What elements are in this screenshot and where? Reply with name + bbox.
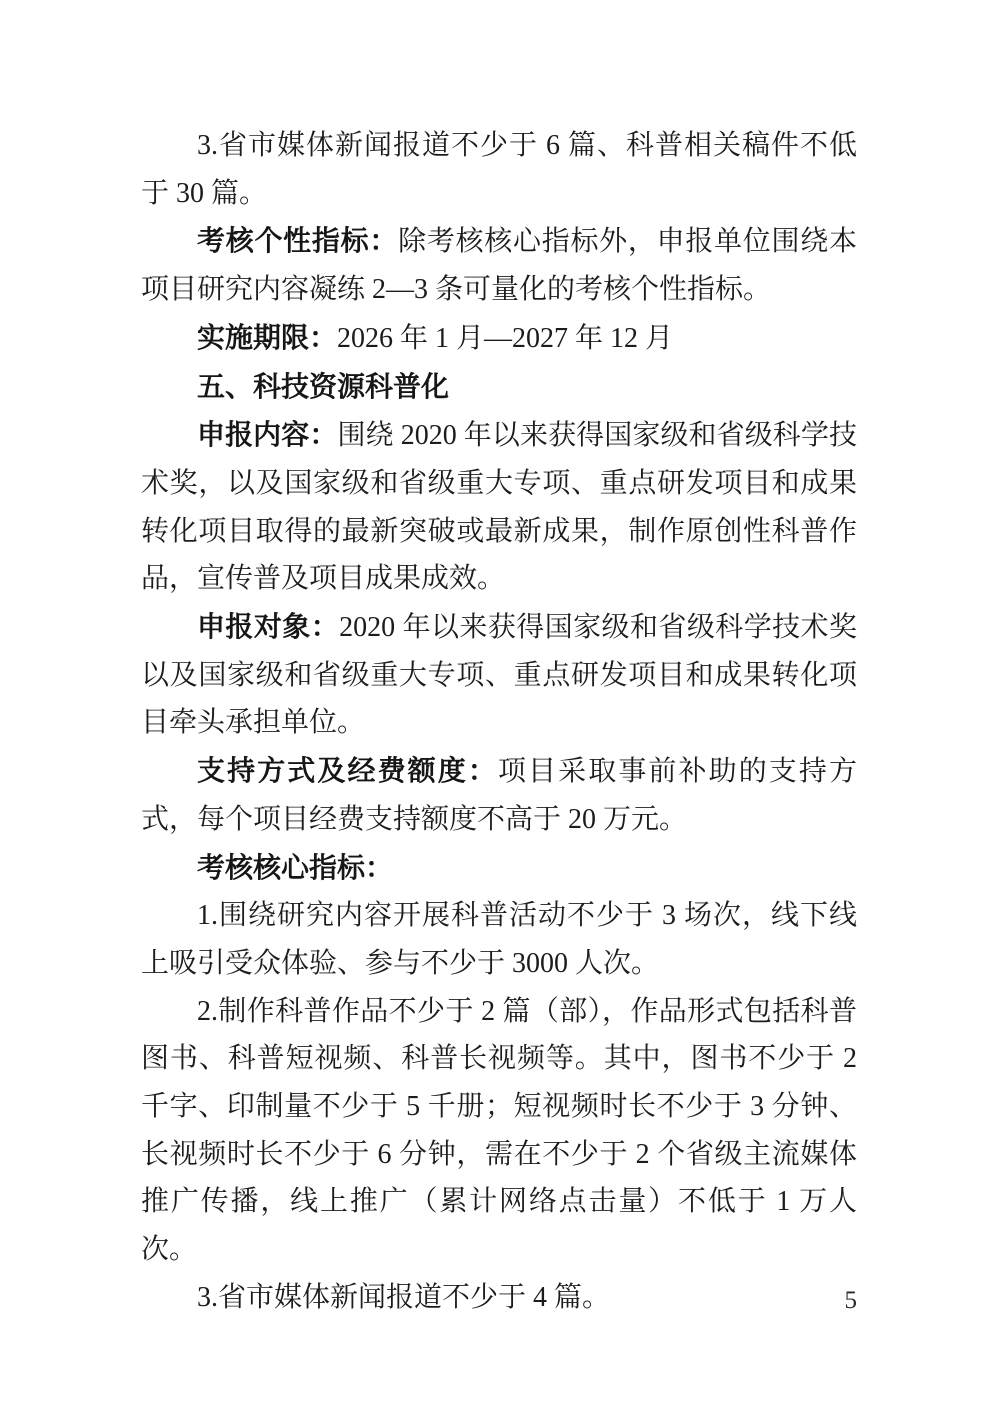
paragraph-label: 支持方式及经费额度： (197, 755, 498, 786)
paragraph-core-indicator-3: 3.省市媒体新闻报道不少于 4 篇。 (141, 1274, 857, 1322)
paragraph-personal-indicators: 考核个性指标：除考核核心指标外，申报单位围绕本项目研究内容凝练 2—3 条可量化… (141, 217, 857, 313)
paragraph-text: 3.省市媒体新闻报道不少于 6 篇、科普相关稿件不低于 30 篇。 (141, 130, 857, 209)
paragraph-application-content: 申报内容：围绕 2020 年以来获得国家级和省级科学技术奖，以及国家级和省级重大… (141, 411, 857, 603)
paragraph-label: 申报内容： (197, 419, 337, 450)
paragraph-text: 1.围绕研究内容开展科普活动不少于 3 场次，线下线上吸引受众体验、参与不少于 … (141, 900, 857, 979)
paragraph-label: 考核核心指标： (197, 852, 393, 883)
paragraph-label: 申报对象： (197, 611, 339, 642)
paragraph-label: 实施期限： (197, 322, 337, 353)
paragraph-support-funding: 支持方式及经费额度：项目采取事前补助的支持方式，每个项目经费支持额度不高于 20… (141, 747, 857, 843)
page-number: 5 (845, 1286, 858, 1316)
section-heading-5: 五、科技资源科普化 (141, 363, 857, 412)
paragraph-application-target: 申报对象：2020 年以来获得国家级和省级科学技术奖以及国家级和省级重大专项、重… (141, 603, 857, 747)
document-body: 3.省市媒体新闻报道不少于 6 篇、科普相关稿件不低于 30 篇。 考核个性指标… (141, 122, 857, 1322)
paragraph-core-indicator-1: 1.围绕研究内容开展科普活动不少于 3 场次，线下线上吸引受众体验、参与不少于 … (141, 892, 857, 987)
section-heading-text: 五、科技资源科普化 (197, 371, 449, 402)
paragraph-text: 2.制作科普作品不少于 2 篇（部），作品形式包括科普图书、科普短视频、科普长视… (141, 996, 857, 1266)
paragraph-core-indicator-3-prev: 3.省市媒体新闻报道不少于 6 篇、科普相关稿件不低于 30 篇。 (141, 122, 857, 217)
paragraph-text: 3.省市媒体新闻报道不少于 4 篇。 (197, 1282, 610, 1313)
paragraph-core-indicator-2: 2.制作科普作品不少于 2 篇（部），作品形式包括科普图书、科普短视频、科普长视… (141, 988, 857, 1274)
document-page: 3.省市媒体新闻报道不少于 6 篇、科普相关稿件不低于 30 篇。 考核个性指标… (0, 0, 1000, 1414)
paragraph-label: 考核个性指标： (197, 225, 398, 256)
paragraph-core-indicators-title: 考核核心指标： (141, 844, 857, 893)
paragraph-implementation-period: 实施期限：2026 年 1 月—2027 年 12 月 (141, 314, 857, 363)
paragraph-text: 2026 年 1 月—2027 年 12 月 (337, 323, 673, 354)
